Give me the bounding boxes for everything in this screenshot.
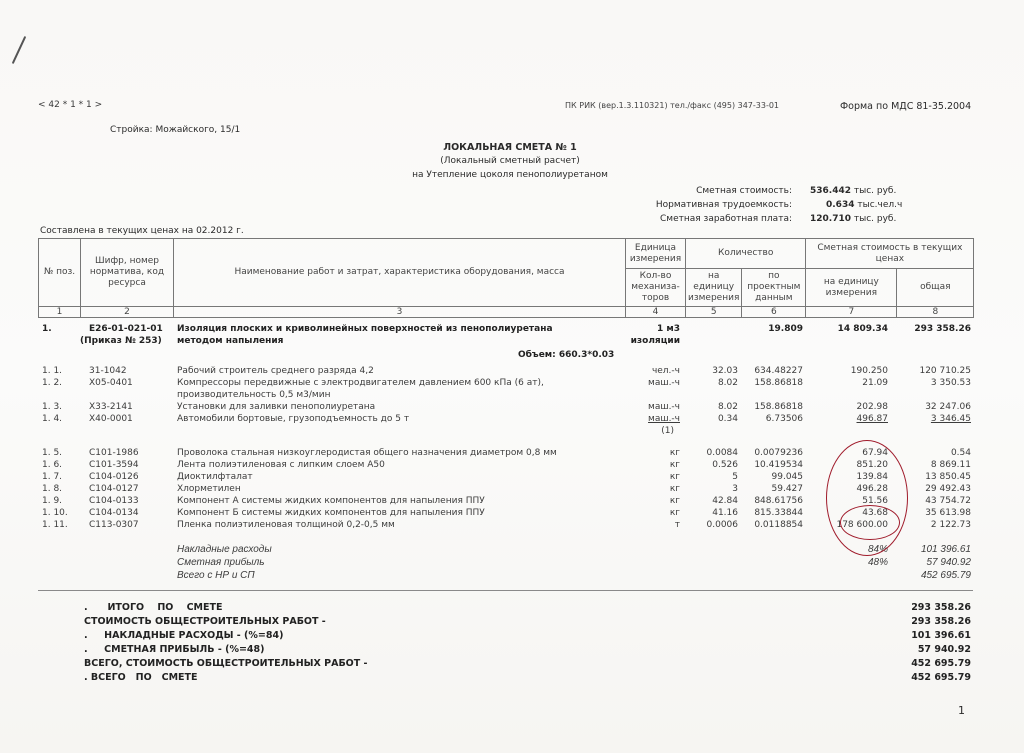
col-header-unit: Единица измерения: [626, 239, 686, 269]
cell-q1: 42.84: [680, 496, 738, 506]
total-value: 57 940.92: [890, 644, 971, 655]
cell-q2: 6.73506: [740, 414, 803, 424]
cell-p2: 0.54: [890, 448, 971, 458]
cell-q2: 634.48227: [740, 366, 803, 376]
overhead-label: Всего с НР и СП: [177, 570, 255, 581]
overhead-label: Сметная прибыль: [177, 557, 265, 568]
cell-code: X40-0001: [89, 414, 133, 424]
cell-code: 31-1042: [89, 366, 127, 376]
cell-name: Хлорметилен: [177, 484, 241, 494]
cell-q2: 158.86818: [740, 402, 803, 412]
cell-unit: маш.-ч: [600, 402, 680, 412]
cell-name: Рабочий строитель среднего разряда 4,2: [177, 366, 374, 376]
total-row: СТОИМОСТЬ ОБЩЕСТРОИТЕЛЬНЫХ РАБОТ -293 35…: [0, 616, 1024, 628]
cell-unit: чел.-ч: [600, 366, 680, 376]
overhead-label: Накладные расходы: [177, 544, 272, 555]
overhead-value: 57 940.92: [890, 557, 971, 568]
cell-name: производительность 0,5 м3/мин: [177, 390, 330, 400]
cell-q1: 8.02: [680, 402, 738, 412]
total-value: 452 695.79: [890, 672, 971, 683]
summary-label: Сметная стоимость:: [600, 186, 792, 196]
cell-code: C104-0133: [89, 496, 139, 506]
cell-code: C101-1986: [89, 448, 139, 458]
cell-q1: 41.16: [680, 508, 738, 518]
cell-name: Проволока стальная низкоуглеродистая общ…: [177, 448, 557, 458]
cell-q2: 848.61756: [740, 496, 803, 506]
col-number: 6: [742, 307, 806, 318]
col-number: 2: [81, 307, 174, 318]
cell-code: C104-0134: [89, 508, 139, 518]
table-row-continuation: производительность 0,5 м3/мин: [0, 390, 1024, 402]
col-header-qty: Количество: [686, 239, 806, 269]
cell-q1: 0.0006: [680, 520, 738, 530]
cell-code: C101-3594: [89, 460, 139, 470]
total-row: . ВСЕГО ПО СМЕТЕ452 695.79: [0, 672, 1024, 684]
cell-q1: 0.0084: [680, 448, 738, 458]
total-label: ВСЕГО, СТОИМОСТЬ ОБЩЕСТРОИТЕЛЬНЫХ РАБОТ …: [84, 658, 368, 669]
cell-q2: 0.0079236: [740, 448, 803, 458]
cell-name: Установки для заливки пенополиуретана: [177, 402, 375, 412]
cell-name: Диоктилфталат: [177, 472, 253, 482]
col-header-cost: Сметная стоимость в текущих ценах: [806, 239, 974, 269]
cell-unit: кг: [600, 472, 680, 482]
col-header-code: Шифр, номер норматива, код ресурса: [81, 239, 174, 307]
table-row-continuation: (1): [0, 426, 1024, 438]
total-value: 452 695.79: [890, 658, 971, 669]
overhead-row: Всего с НР и СП452 695.79: [0, 570, 1024, 582]
col-number: 7: [806, 307, 897, 318]
table-row: 1. 4.X40-0001Автомобили бортовые, грузоп…: [0, 414, 1024, 426]
table-row: 1. 3.X33-2141Установки для заливки пеноп…: [0, 402, 1024, 414]
col-header-pos: № поз.: [39, 239, 81, 307]
cell-q2: 99.045: [740, 472, 803, 482]
cell-pos: 1. 7.: [42, 472, 62, 482]
cell-name: Компонент Б системы жидких компонентов д…: [177, 508, 485, 518]
total-label: . СМЕТНАЯ ПРИБЫЛЬ - (%=48): [84, 644, 265, 655]
total-row: . ИТОГО ПО СМЕТЕ293 358.26: [0, 602, 1024, 614]
overhead-value: 101 396.61: [890, 544, 971, 555]
cell-unit: кг: [600, 496, 680, 506]
total-label: . ВСЕГО ПО СМЕТЕ: [84, 672, 198, 683]
col-number: 1: [39, 307, 81, 318]
cell-p2: 3 350.53: [890, 378, 971, 388]
cell-q2: 158.86818: [740, 378, 803, 388]
cell-q2: 815.33844: [740, 508, 803, 518]
summary-value: 0.634 тыс.чел.ч: [826, 200, 902, 210]
total-row: . СМЕТНАЯ ПРИБЫЛЬ - (%=48)57 940.92: [0, 644, 1024, 656]
prices-date: Составлена в текущих ценах на 02.2012 г.: [40, 226, 244, 236]
ink-circle-annotation-small: [840, 505, 900, 540]
pen-stroke-mark: [12, 36, 26, 64]
cell-unit: кг: [600, 508, 680, 518]
col-header-cost-unit: на единицу измерения: [806, 269, 897, 307]
col-header-qty-unit: на единицу измерения: [686, 269, 742, 307]
cell-q1: 5: [680, 472, 738, 482]
overhead-value: 452 695.79: [890, 570, 971, 581]
doc-title: ЛОКАЛЬНАЯ СМЕТА № 1: [400, 142, 620, 153]
cell-unit: т: [600, 520, 680, 530]
cell-code: C113-0307: [89, 520, 139, 530]
cell-unit: маш.-ч: [600, 414, 680, 424]
total-row: . НАКЛАДНЫЕ РАСХОДЫ - (%=84)101 396.61: [0, 630, 1024, 642]
cell-q2: 59.427: [740, 484, 803, 494]
cell-pos: 1. 3.: [42, 402, 62, 412]
cell-p1: 21.09: [800, 378, 888, 388]
cell-p1: 496.87: [800, 414, 888, 424]
doc-code: < 42 * 1 * 1 >: [38, 100, 102, 110]
form-label: Форма по МДС 81-35.2004: [840, 101, 971, 112]
cell-code: X33-2141: [89, 402, 133, 412]
cell-code: X05-0401: [89, 378, 133, 388]
cell-unit: (1): [600, 426, 674, 436]
cell-q1: 0.34: [680, 414, 738, 424]
cell-q1: 32.03: [680, 366, 738, 376]
cell-p2: 120 710.25: [890, 366, 971, 376]
table-row: 1. 1.31-1042Рабочий строитель среднего р…: [0, 366, 1024, 378]
cell-q1: 8.02: [680, 378, 738, 388]
cell-name: Автомобили бортовые, грузоподъемность до…: [177, 414, 409, 424]
cell-name: Компонент А системы жидких компонентов д…: [177, 496, 485, 506]
col-header-qty-project: по проектным данным: [742, 269, 806, 307]
cell-p2: 3 346.45: [890, 414, 971, 424]
col-number: 4: [626, 307, 686, 318]
overhead-row: Сметная прибыль48%57 940.92: [0, 557, 1024, 569]
total-label: . НАКЛАДНЫЕ РАСХОДЫ - (%=84): [84, 630, 283, 641]
cell-pos: 1. 4.: [42, 414, 62, 424]
cell-pos: 1. 10.: [42, 508, 68, 518]
total-label: . ИТОГО ПО СМЕТЕ: [84, 602, 222, 613]
section-divider: [38, 590, 973, 591]
site-label: Стройка: Можайского, 15/1: [110, 125, 240, 135]
cell-p1: 190.250: [800, 366, 888, 376]
summary-label: Сметная заработная плата:: [600, 214, 792, 224]
overhead-percent: 48%: [800, 557, 888, 568]
col-header-cost-total: общая: [897, 269, 974, 307]
cell-unit: кг: [600, 448, 680, 458]
scanned-page: < 42 * 1 * 1 > ПК РИК (вер.1.3.110321) т…: [0, 0, 1024, 753]
doc-subject: на Утепление цоколя пенополиуретаном: [360, 170, 660, 180]
total-value: 293 358.26: [890, 602, 971, 613]
cell-name: Пленка полиэтиленовая толщиной 0,2-0,5 м…: [177, 520, 395, 530]
cell-unit: маш.-ч: [600, 378, 680, 388]
col-number: 5: [686, 307, 742, 318]
total-row: ВСЕГО, СТОИМОСТЬ ОБЩЕСТРОИТЕЛЬНЫХ РАБОТ …: [0, 658, 1024, 670]
col-number: 8: [897, 307, 974, 318]
volume-formula: Объем: 660.3*0.03: [518, 350, 614, 360]
summary-value: 536.442 тыс. руб.: [810, 186, 896, 196]
summary-label: Нормативная трудоемкость:: [600, 200, 792, 210]
estimate-table-header: № поз. Шифр, номер норматива, код ресурс…: [38, 238, 974, 318]
cell-p1: 202.98: [800, 402, 888, 412]
summary-value: 120.710 тыс. руб.: [810, 214, 896, 224]
page-number: 1: [958, 704, 965, 717]
cell-q2: 10.419534: [740, 460, 803, 470]
doc-subtitle: (Локальный сметный расчет): [380, 156, 640, 166]
cell-q2: 0.0118854: [740, 520, 803, 530]
total-label: СТОИМОСТЬ ОБЩЕСТРОИТЕЛЬНЫХ РАБОТ -: [84, 616, 326, 627]
cell-pos: 1. 6.: [42, 460, 62, 470]
cell-code: C104-0127: [89, 484, 139, 494]
col-number: 3: [174, 307, 626, 318]
cell-unit: кг: [600, 460, 680, 470]
col-header-name: Наименование работ и затрат, характерист…: [174, 239, 626, 307]
cell-unit: кг: [600, 484, 680, 494]
cell-pos: 1. 5.: [42, 448, 62, 458]
cell-code: C104-0126: [89, 472, 139, 482]
total-value: 293 358.26: [890, 616, 971, 627]
cell-pos: 1. 2.: [42, 378, 62, 388]
total-value: 101 396.61: [890, 630, 971, 641]
cell-pos: 1. 8.: [42, 484, 62, 494]
cell-p2: 32 247.06: [890, 402, 971, 412]
cell-pos: 1. 9.: [42, 496, 62, 506]
cell-q1: 0.526: [680, 460, 738, 470]
cell-q1: 3: [680, 484, 738, 494]
cell-pos: 1. 11.: [42, 520, 68, 530]
table-row: 1. 2.X05-0401Компрессоры передвижные с э…: [0, 378, 1024, 390]
cell-name: Лента полиэтиленовая с липким слоем А50: [177, 460, 385, 470]
col-header-mech: Кол-во механиза-торов: [626, 269, 686, 307]
cell-pos: 1. 1.: [42, 366, 62, 376]
software-info: ПК РИК (вер.1.3.110321) тел./факс (495) …: [565, 101, 779, 110]
cell-name: Компрессоры передвижные с электродвигате…: [177, 378, 544, 388]
